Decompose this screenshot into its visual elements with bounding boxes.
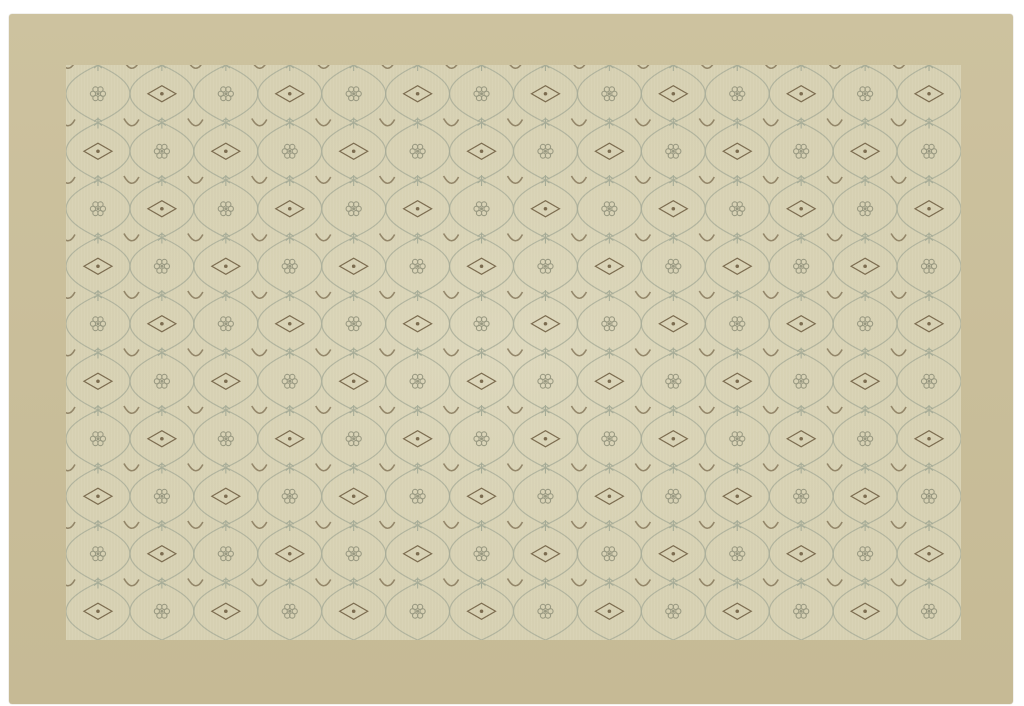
- rug: [9, 14, 1013, 704]
- rug-field: [66, 65, 961, 640]
- rug-field-pattern: [66, 65, 961, 640]
